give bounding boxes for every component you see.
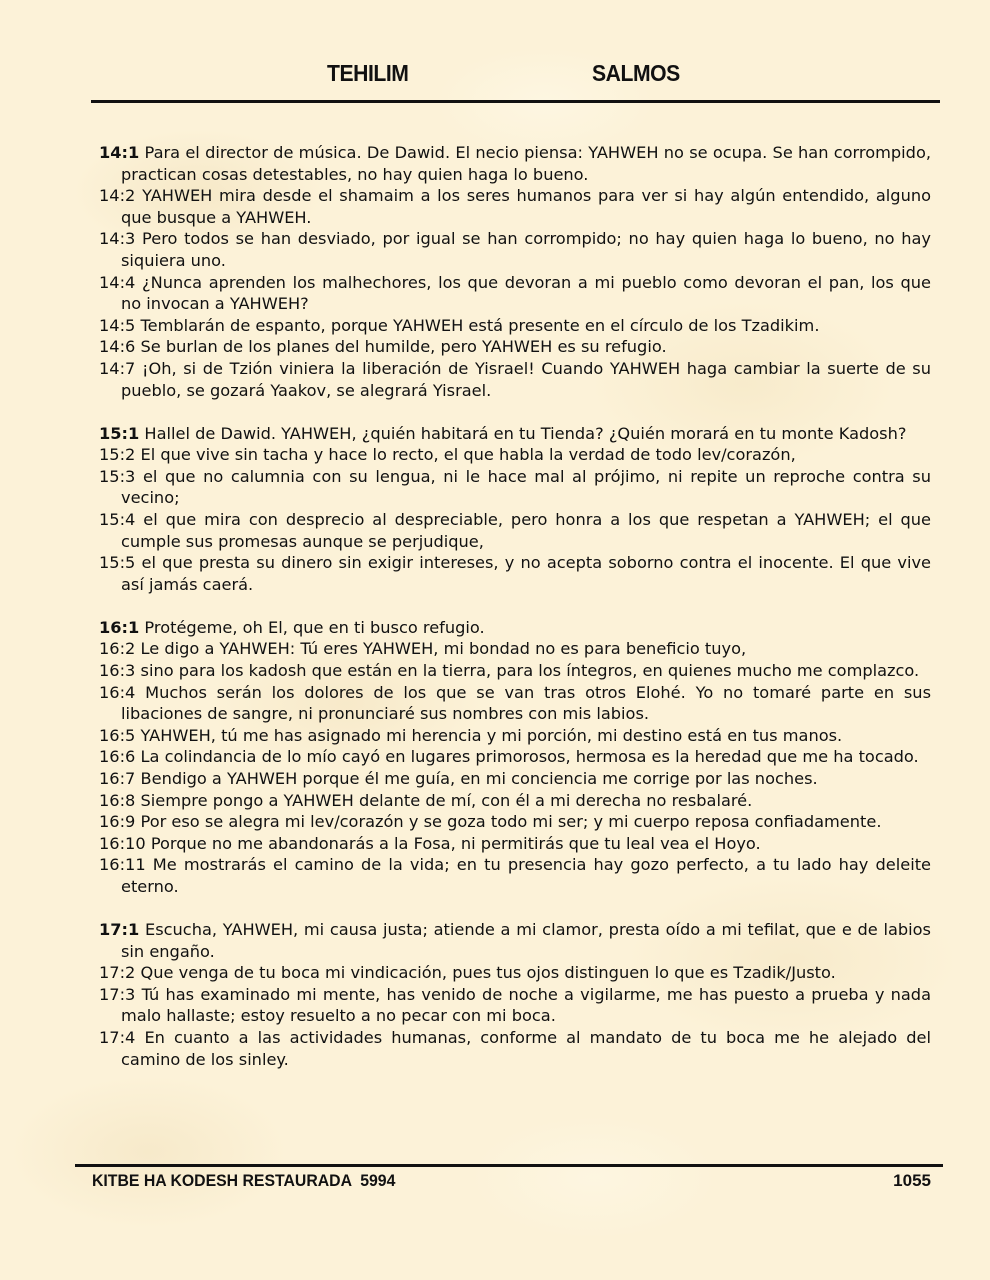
verse: 16:8 Siempre pongo a YAHWEH delante de m… [99,790,931,812]
verse-ref: 15:3 [99,467,135,486]
verse-text: YAHWEH mira desde el shamaim a los seres… [121,186,931,227]
verse-text: Para el director de música. De Dawid. El… [121,143,931,184]
verse-ref: 17:1 [99,920,139,939]
verse-ref: 16:10 [99,834,146,853]
verse-ref: 14:1 [99,143,139,162]
verse-ref: 14:4 [99,273,135,292]
chapter-14: 14:1 Para el director de música. De Dawi… [99,142,931,401]
verse-text: Le digo a YAHWEH: Tú eres YAHWEH, mi bon… [141,639,747,658]
verse-text: Protégeme, oh El, que en ti busco refugi… [144,618,484,637]
verse-ref: 17:3 [99,985,135,1004]
verse: 16:3 sino para los kadosh que están en l… [99,660,931,682]
verse: 14:3 Pero todos se han desviado, por igu… [99,228,931,271]
verse-text: Escucha, YAHWEH, mi causa justa; atiende… [121,920,931,961]
verse-text: el que mira con desprecio al despreciabl… [121,510,931,551]
verse: 16:9 Por eso se alegra mi lev/corazón y … [99,811,931,833]
verse-text: Pero todos se han desviado, por igual se… [121,229,931,270]
verse-ref: 16:2 [99,639,135,658]
chapter-15: 15:1 Hallel de Dawid. YAHWEH, ¿quién hab… [99,423,931,596]
footer-book-title: KITBE HA KODESH RESTAURADA 5994 [92,1171,395,1191]
verse: 17:2 Que venga de tu boca mi vindicación… [99,962,931,984]
verse-text: Se burlan de los planes del humilde, per… [141,337,667,356]
verse: 16:6 La colindancia de lo mío cayó en lu… [99,746,931,768]
verse: 15:1 Hallel de Dawid. YAHWEH, ¿quién hab… [99,423,931,445]
verse: 14:5 Temblarán de espanto, porque YAHWEH… [99,315,931,337]
verse-ref: 16:9 [99,812,135,831]
chapter-17: 17:1 Escucha, YAHWEH, mi causa justa; at… [99,919,931,1070]
verse-text: La colindancia de lo mío cayó en lugares… [141,747,919,766]
verse: 16:1 Protégeme, oh El, que en ti busco r… [99,617,931,639]
verse: 17:1 Escucha, YAHWEH, mi causa justa; at… [99,919,931,962]
verse-text: Temblarán de espanto, porque YAHWEH está… [141,316,820,335]
verse-ref: 15:4 [99,510,135,529]
verse: 15:4 el que mira con desprecio al despre… [99,509,931,552]
verse-text: el que presta su dinero sin exigir inter… [121,553,931,594]
verse-ref: 16:8 [99,791,135,810]
verse-ref: 17:2 [99,963,135,982]
verse-text: Que venga de tu boca mi vindicación, pue… [141,963,836,982]
verse-text: Muchos serán los dolores de los que se v… [121,683,931,724]
verse-text: Hallel de Dawid. YAHWEH, ¿quién habitará… [144,424,906,443]
verse: 14:1 Para el director de música. De Dawi… [99,142,931,185]
verse-ref: 16:4 [99,683,135,702]
verse-ref: 14:2 [99,186,135,205]
verse-text: Siempre pongo a YAHWEH delante de mí, co… [141,791,753,810]
verse: 16:11 Me mostrarás el camino de la vida;… [99,854,931,897]
header-divider [91,100,940,103]
verse-ref: 16:11 [99,855,146,874]
verse-ref: 16:3 [99,661,135,680]
verse-ref: 15:1 [99,424,139,443]
verse-text: En cuanto a las actividades humanas, con… [121,1028,931,1069]
verse-ref: 16:5 [99,726,135,745]
book-title-spanish: SALMOS [592,60,680,87]
verse: 14:7 ¡Oh, si de Tzión viniera la liberac… [99,358,931,401]
verse: 17:4 En cuanto a las actividades humanas… [99,1027,931,1070]
verse-text: ¿Nunca aprenden los malhechores, los que… [121,273,931,314]
verse-ref: 16:7 [99,769,135,788]
verse-text: El que vive sin tacha y hace lo recto, e… [141,445,796,464]
verse-text: el que no calumnia con su lengua, ni le … [121,467,931,508]
verse: 16:5 YAHWEH, tú me has asignado mi heren… [99,725,931,747]
verse: 15:2 El que vive sin tacha y hace lo rec… [99,444,931,466]
verse-ref: 15:2 [99,445,135,464]
verse-text: sino para los kadosh que están en la tie… [141,661,920,680]
verse: 16:4 Muchos serán los dolores de los que… [99,682,931,725]
footer-divider [75,1164,943,1167]
chapter-16: 16:1 Protégeme, oh El, que en ti busco r… [99,617,931,898]
verse-text: Por eso se alegra mi lev/corazón y se go… [141,812,882,831]
verse: 16:10 Porque no me abandonarás a la Fosa… [99,833,931,855]
page-number: 1055 [893,1171,931,1191]
verse-ref: 15:5 [99,553,135,572]
verse: 17:3 Tú has examinado mi mente, has veni… [99,984,931,1027]
page-header: TEHILIM SALMOS [0,58,990,90]
verse-ref: 14:7 [99,359,135,378]
verse: 16:2 Le digo a YAHWEH: Tú eres YAHWEH, m… [99,638,931,660]
verse-ref: 17:4 [99,1028,135,1047]
verse-text: Porque no me abandonarás a la Fosa, ni p… [151,834,761,853]
verse-ref: 16:6 [99,747,135,766]
verse: 15:3 el que no calumnia con su lengua, n… [99,466,931,509]
page-footer: KITBE HA KODESH RESTAURADA 5994 1055 [0,1171,990,1195]
verse-text: ¡Oh, si de Tzión viniera la liberación d… [121,359,931,400]
verse-text: Tú has examinado mi mente, has venido de… [121,985,931,1026]
verse-text: Bendigo a YAHWEH porque él me guía, en m… [141,769,818,788]
scripture-body: 14:1 Para el director de música. De Dawi… [99,142,931,1092]
verse-ref: 14:6 [99,337,135,356]
verse-text: Me mostrarás el camino de la vida; en tu… [121,855,931,896]
book-title-hebrew: TEHILIM [327,60,408,87]
verse-ref: 14:5 [99,316,135,335]
verse: 16:7 Bendigo a YAHWEH porque él me guía,… [99,768,931,790]
verse-ref: 16:1 [99,618,139,637]
verse: 14:6 Se burlan de los planes del humilde… [99,336,931,358]
verse: 14:4 ¿Nunca aprenden los malhechores, lo… [99,272,931,315]
verse-text: YAHWEH, tú me has asignado mi herencia y… [141,726,843,745]
verse-ref: 14:3 [99,229,135,248]
verse: 15:5 el que presta su dinero sin exigir … [99,552,931,595]
verse: 14:2 YAHWEH mira desde el shamaim a los … [99,185,931,228]
